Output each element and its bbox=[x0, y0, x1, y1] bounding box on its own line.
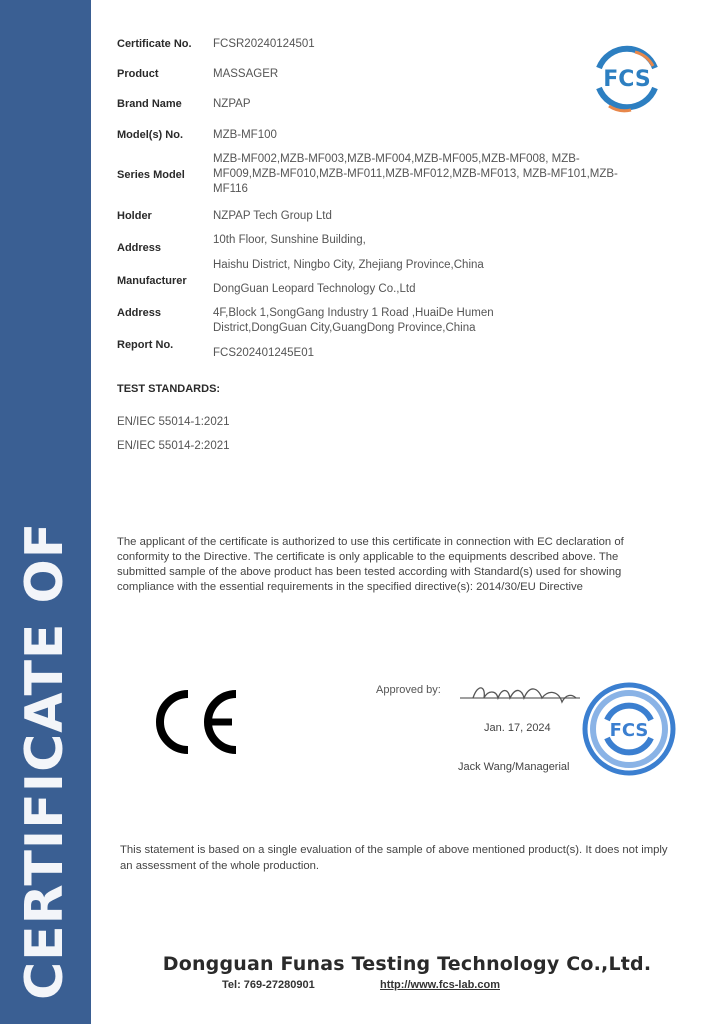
approved-by-label: Approved by: bbox=[376, 684, 441, 696]
label-model-no: Model(s) No. bbox=[117, 128, 183, 143]
test-standard-item: EN/IEC 55014-1:2021 bbox=[117, 416, 230, 428]
value-holder-address-line2: Haishu District, Ningbo City, Zhejiang P… bbox=[213, 258, 653, 273]
test-standard-item: EN/IEC 55014-2:2021 bbox=[117, 440, 230, 452]
approval-date: Jan. 17, 2024 bbox=[484, 722, 551, 734]
test-standards-heading: TEST STANDARDS: bbox=[117, 383, 220, 395]
issuer-phone: Tel: 769-27280901 bbox=[222, 979, 315, 991]
ce-mark-icon bbox=[148, 682, 248, 762]
label-product: Product bbox=[117, 67, 159, 82]
label-manufacturer: Manufacturer bbox=[117, 274, 187, 289]
signer-name: Jack Wang/Managerial bbox=[458, 761, 569, 773]
value-series-model: MZB-MF002,MZB-MF003,MZB-MF004,MZB-MF005,… bbox=[213, 152, 643, 197]
side-band: CERTIFICATE OF bbox=[0, 0, 91, 1024]
authorization-text: The applicant of the certificate is auth… bbox=[117, 535, 667, 595]
svg-text:FCS: FCS bbox=[610, 720, 649, 741]
value-report-no: FCS202401245E01 bbox=[213, 346, 653, 361]
label-holder-address: Address bbox=[117, 241, 161, 256]
fcs-seal-icon: FCS bbox=[582, 682, 676, 776]
value-model-no: MZB-MF100 bbox=[213, 128, 653, 143]
issuer-website-link[interactable]: http://www.fcs-lab.com bbox=[380, 979, 500, 991]
label-certificate-no: Certificate No. bbox=[117, 37, 192, 52]
label-report-no: Report No. bbox=[117, 338, 173, 353]
value-holder: NZPAP Tech Group Ltd bbox=[213, 209, 653, 224]
issuer-company-name: Dongguan Funas Testing Technology Co.,Lt… bbox=[91, 953, 723, 975]
signature-icon bbox=[458, 678, 583, 708]
disclaimer-text: This statement is based on a single eval… bbox=[120, 842, 675, 874]
label-series-model: Series Model bbox=[117, 168, 185, 183]
label-manufacturer-address: Address bbox=[117, 306, 161, 321]
label-brand-name: Brand Name bbox=[117, 97, 182, 112]
value-manufacturer: DongGuan Leopard Technology Co.,Ltd bbox=[213, 282, 653, 297]
fcs-logo-icon: FCS bbox=[587, 38, 667, 118]
svg-text:FCS: FCS bbox=[603, 67, 650, 92]
value-manufacturer-address: 4F,Block 1,SongGang Industry 1 Road ,Hua… bbox=[213, 306, 573, 336]
side-title: CERTIFICATE OF bbox=[19, 522, 71, 1000]
value-holder-address-line1: 10th Floor, Sunshine Building, bbox=[213, 233, 653, 248]
label-holder: Holder bbox=[117, 209, 152, 224]
